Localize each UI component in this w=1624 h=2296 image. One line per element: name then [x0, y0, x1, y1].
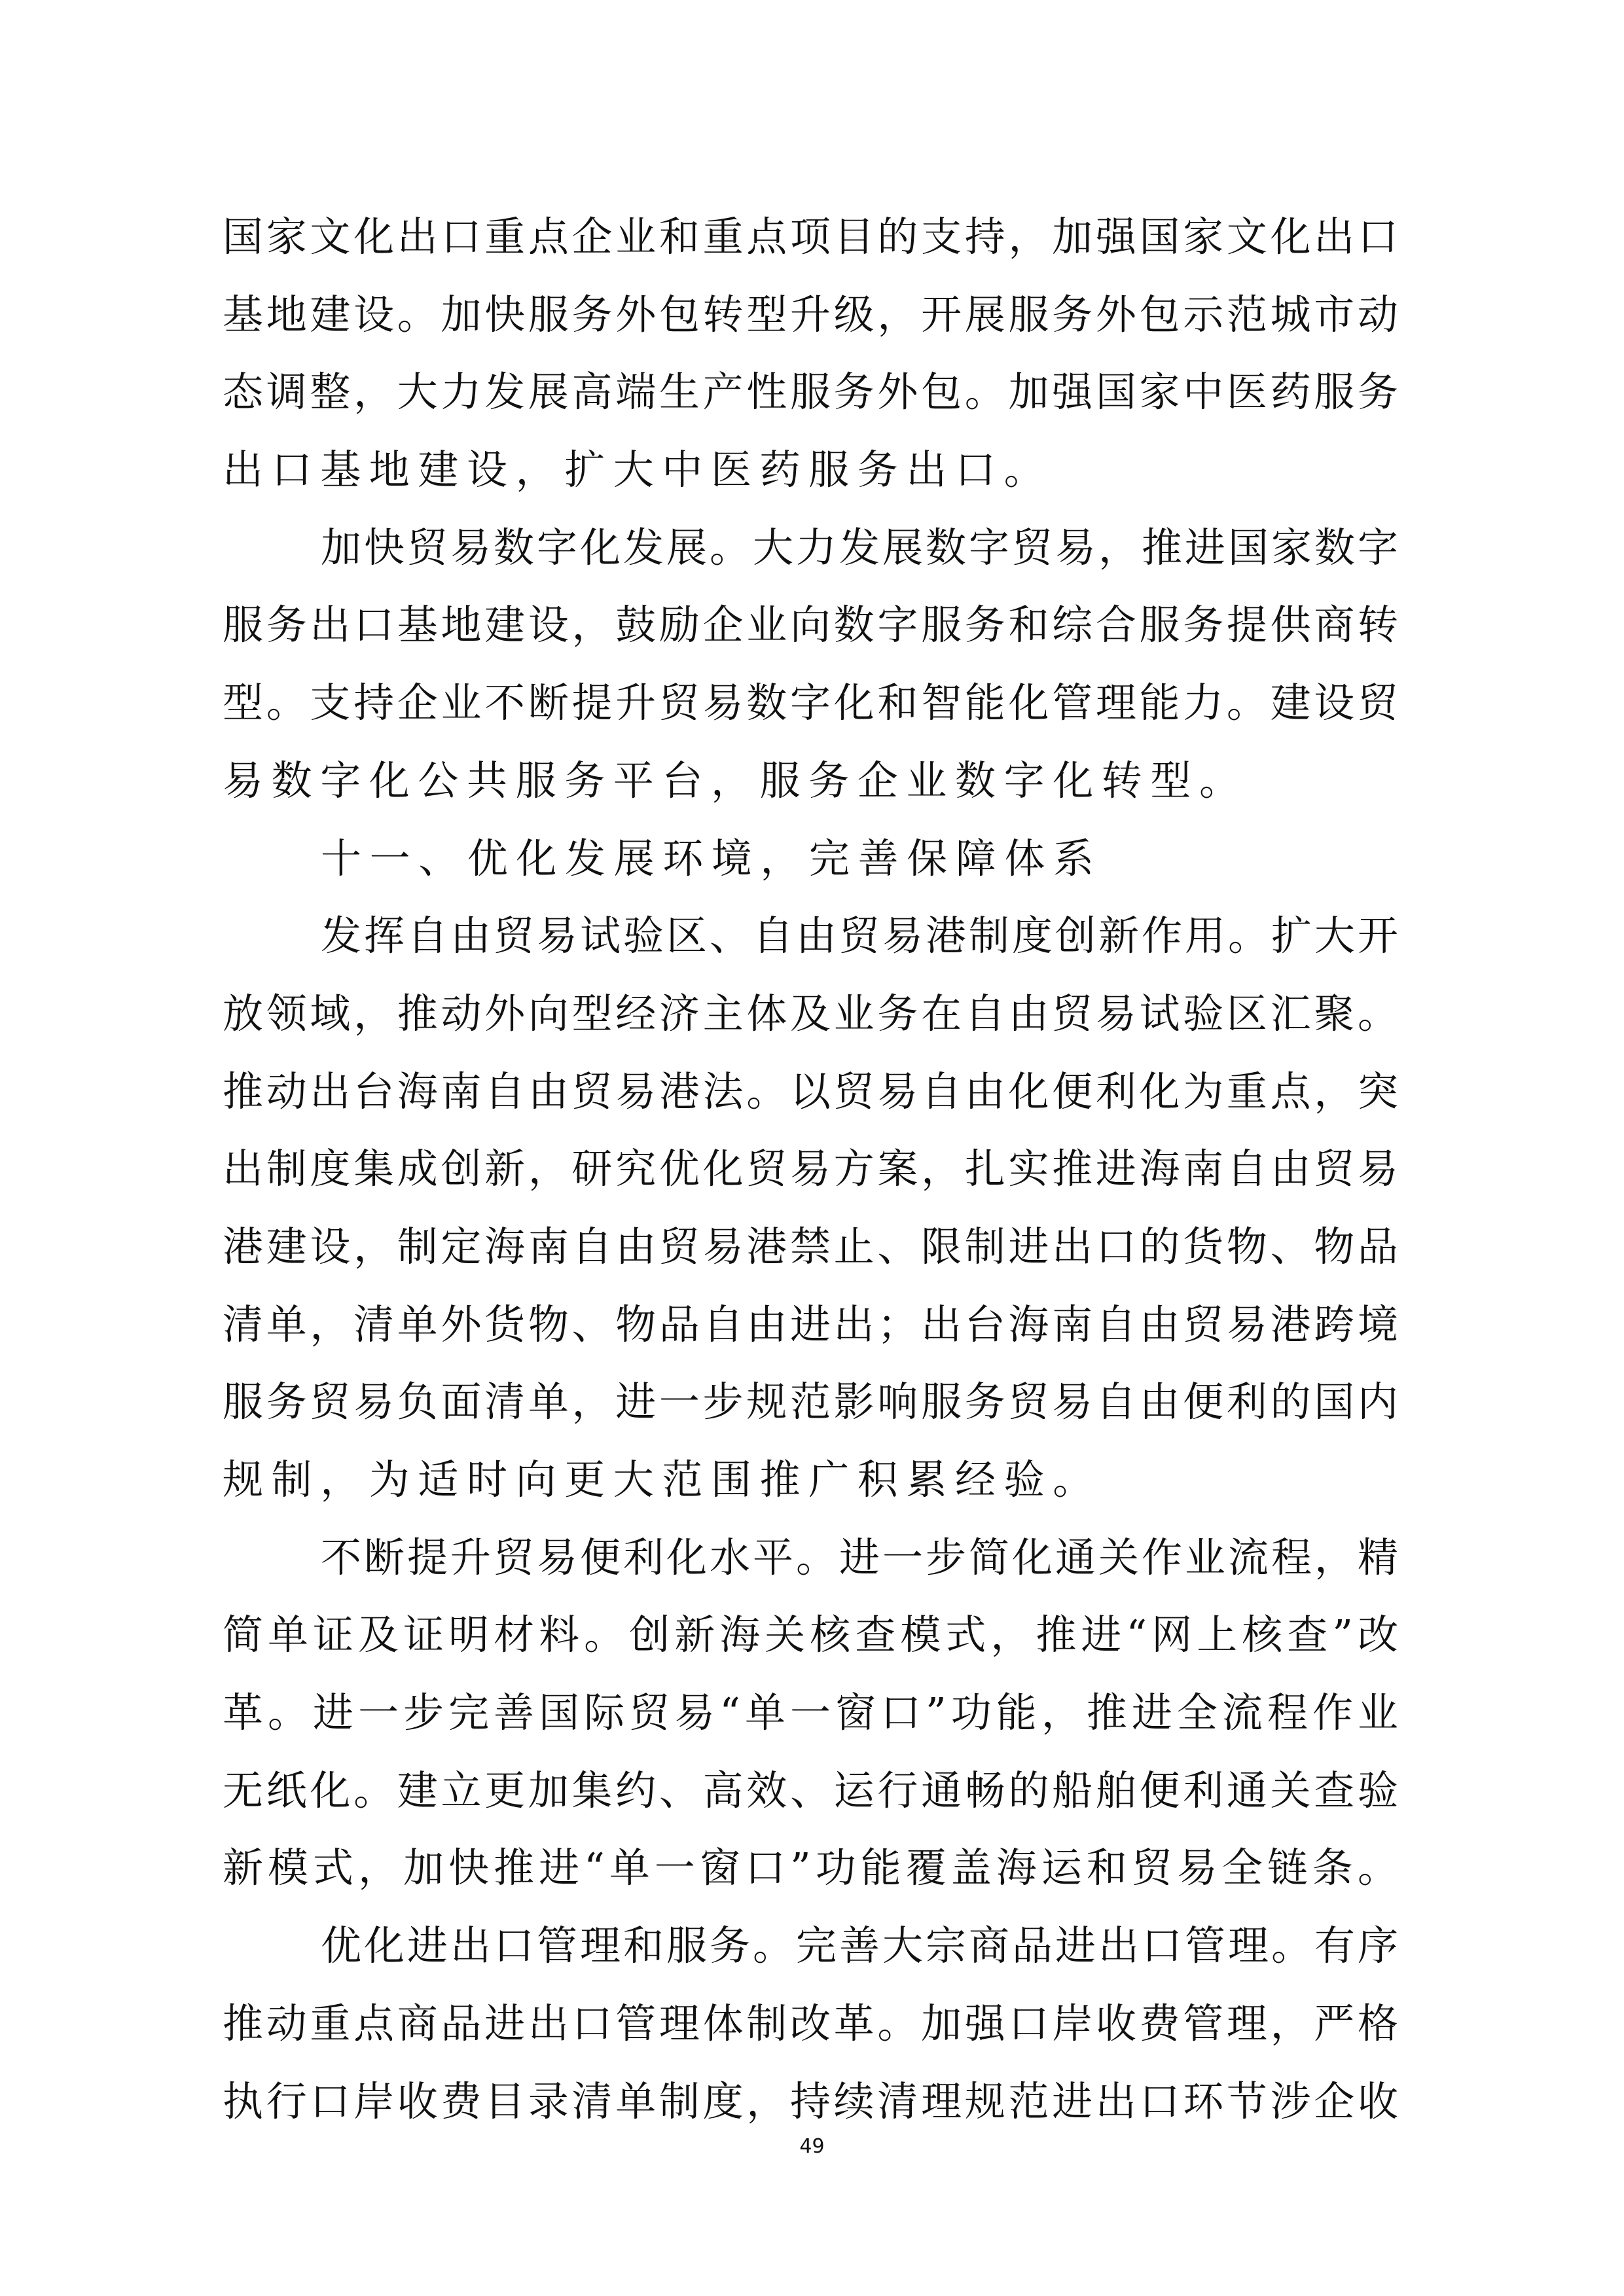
section-heading-text: 十一、优化发展环境，完善保障体系: [223, 833, 1398, 910]
text-line: 革。进一步完善国际贸易“单一窗口”功能，推进全流程作业: [223, 1687, 1398, 1765]
text-line: 放领域，推动外向型经济主体及业务在自由贸易试验区汇聚。: [223, 988, 1398, 1066]
page-number: 49: [0, 2135, 1624, 2158]
section-heading: 十一、优化发展环境，完善保障体系: [223, 833, 1398, 910]
text-line: 简单证及证明材料。创新海关核查模式，推进“网上核查”改: [223, 1609, 1398, 1687]
text-line: 服务贸易负面清单，进一步规范影响服务贸易自由便利的国内: [223, 1376, 1398, 1454]
text-line: 态调整，大力发展高端生产性服务外包。加强国家中医药服务: [223, 366, 1398, 444]
text-line: 易数字化公共服务平台，服务企业数字化转型。: [223, 755, 1398, 833]
text-line: 规制，为适时向更大范围推广积累经验。: [223, 1454, 1398, 1532]
text-line: 加快贸易数字化发展。大力发展数字贸易，推进国家数字: [223, 522, 1398, 600]
text-line: 清单，清单外货物、物品自由进出；出台海南自由贸易港跨境: [223, 1299, 1398, 1376]
document-page: 国家文化出口重点企业和重点项目的支持，加强国家文化出口 基地建设。加快服务外包转…: [0, 0, 1624, 2296]
paragraph-cultural-export: 国家文化出口重点企业和重点项目的支持，加强国家文化出口 基地建设。加快服务外包转…: [223, 211, 1398, 522]
text-line: 港建设，制定海南自由贸易港禁止、限制进出口的货物、物品: [223, 1221, 1398, 1299]
body-text: 国家文化出口重点企业和重点项目的支持，加强国家文化出口 基地建设。加快服务外包转…: [223, 211, 1398, 2153]
paragraph-import-export-management: 优化进出口管理和服务。完善大宗商品进出口管理。有序 推动重点商品进出口管理体制改…: [223, 1920, 1398, 2153]
text-line: 出口基地建设，扩大中医药服务出口。: [223, 444, 1398, 522]
text-line: 推动出台海南自由贸易港法。以贸易自由化便利化为重点，突: [223, 1066, 1398, 1143]
text-line: 无纸化。建立更加集约、高效、运行通畅的船舶便利通关查验: [223, 1765, 1398, 1842]
paragraph-trade-digitalization: 加快贸易数字化发展。大力发展数字贸易，推进国家数字 服务出口基地建设，鼓励企业向…: [223, 522, 1398, 833]
text-line: 不断提升贸易便利化水平。进一步简化通关作业流程，精: [223, 1532, 1398, 1609]
text-line: 发挥自由贸易试验区、自由贸易港制度创新作用。扩大开: [223, 910, 1398, 988]
text-line: 出制度集成创新，研究优化贸易方案，扎实推进海南自由贸易: [223, 1143, 1398, 1221]
text-line: 推动重点商品进出口管理体制改革。加强口岸收费管理，严格: [223, 1998, 1398, 2075]
paragraph-trade-facilitation: 不断提升贸易便利化水平。进一步简化通关作业流程，精 简单证及证明材料。创新海关核…: [223, 1532, 1398, 1920]
text-line: 基地建设。加快服务外包转型升级，开展服务外包示范城市动: [223, 289, 1398, 367]
text-line: 型。支持企业不断提升贸易数字化和智能化管理能力。建设贸: [223, 677, 1398, 755]
text-line: 优化进出口管理和服务。完善大宗商品进出口管理。有序: [223, 1920, 1398, 1998]
text-line: 新模式，加快推进“单一窗口”功能覆盖海运和贸易全链条。: [223, 1842, 1398, 1920]
text-line: 服务出口基地建设，鼓励企业向数字服务和综合服务提供商转: [223, 599, 1398, 677]
paragraph-free-trade-zones: 发挥自由贸易试验区、自由贸易港制度创新作用。扩大开 放领域，推动外向型经济主体及…: [223, 910, 1398, 1532]
text-line: 国家文化出口重点企业和重点项目的支持，加强国家文化出口: [223, 211, 1398, 289]
